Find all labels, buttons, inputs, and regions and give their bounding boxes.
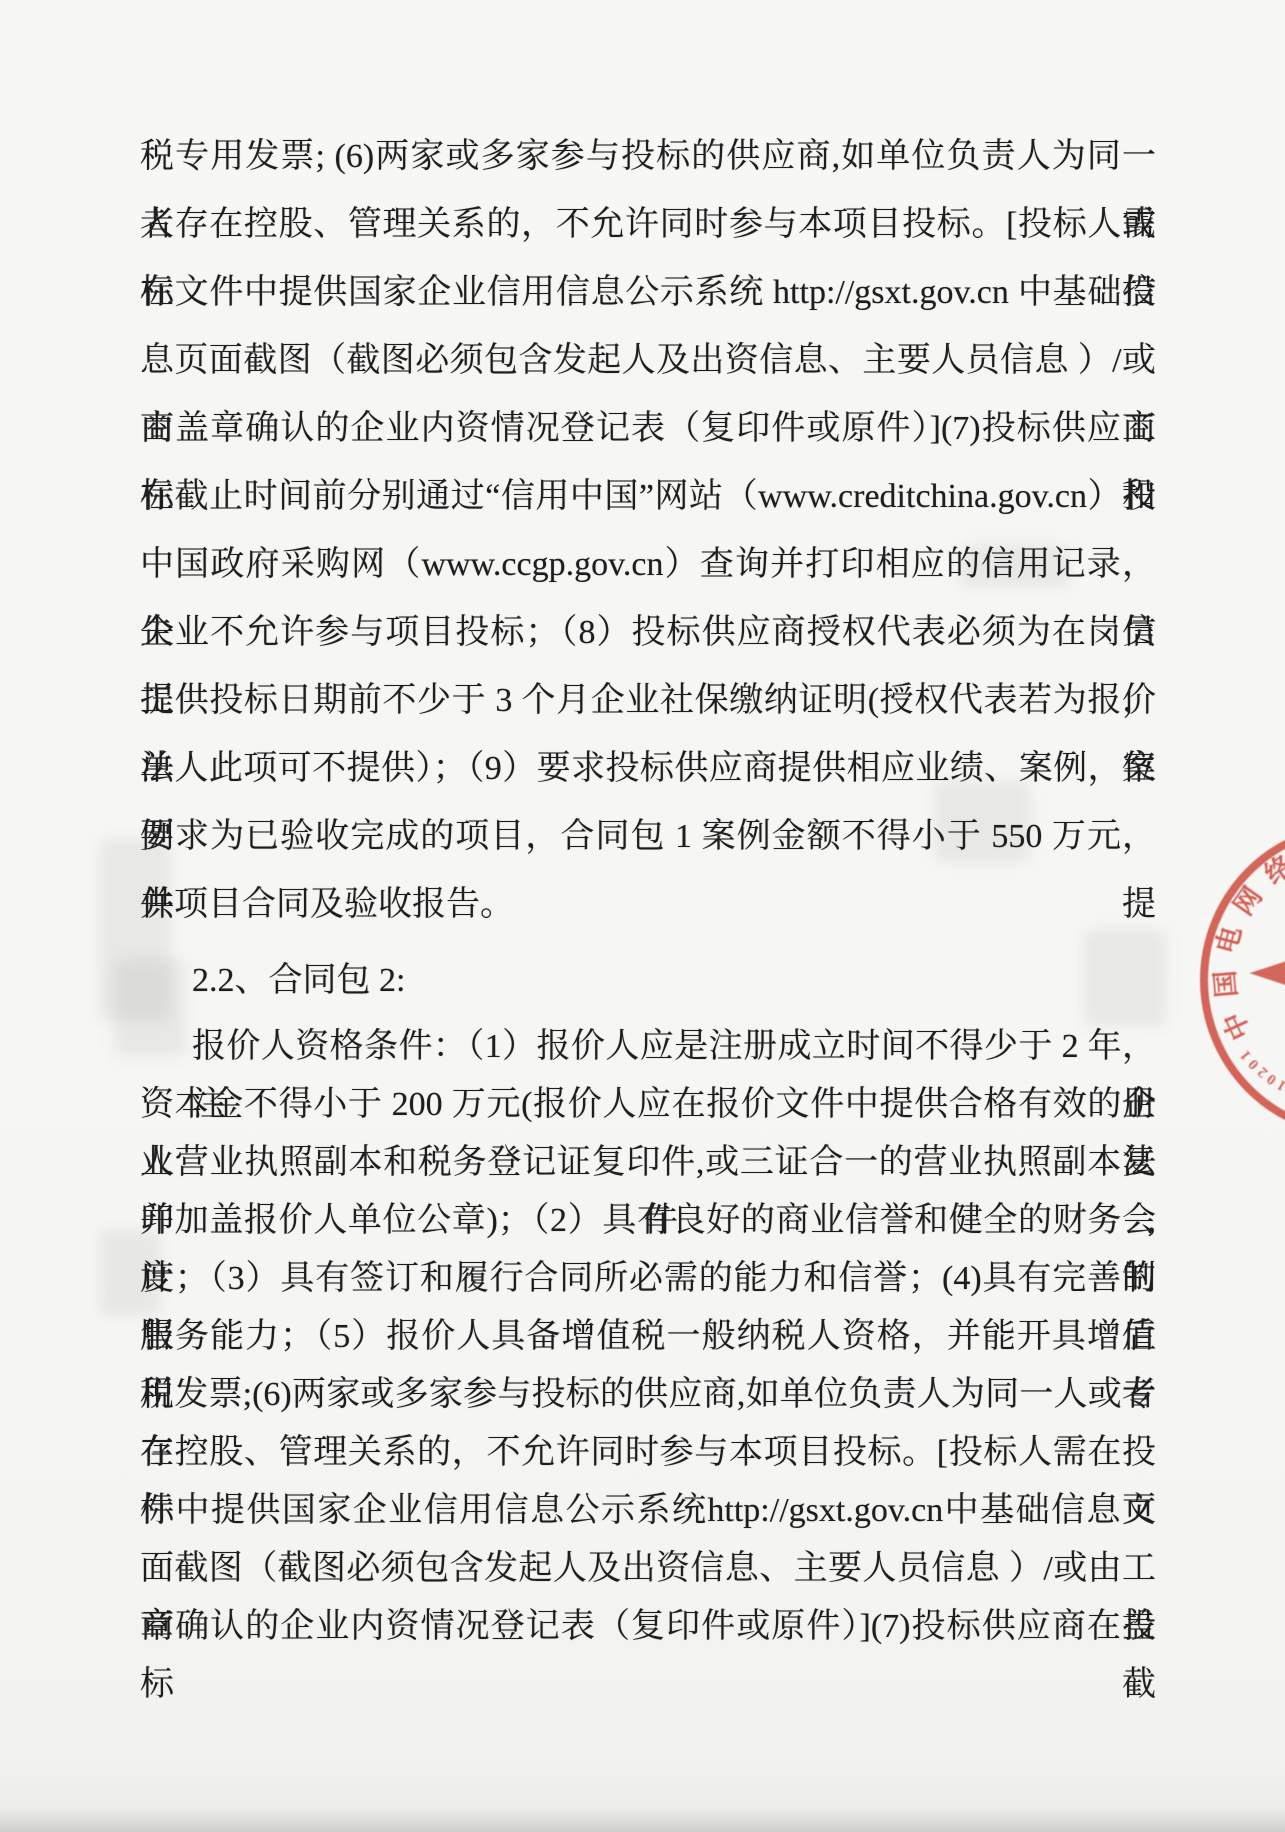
- paragraph-contract-package-2: 报价人资格条件：（1）报价人应是注册成立时间不得少于 2 年，注册 资本金不得小…: [140, 1018, 1156, 1656]
- text-line: 者存在控股、管理关系的，不允许同时参与本项目投标。[投标人需在投: [140, 191, 1156, 259]
- text-line: 要求为已验收完成的项目，合同包 1 案例金额不得小于 550 万元，并提: [140, 803, 1156, 871]
- text-line: 并加盖报价人单位公章)；（2）具有良好的商业信誉和健全的财务会计制: [140, 1192, 1156, 1250]
- text-line: 资本金不得小于 200 万元(报价人应在报价文件中提供合格有效的企业法: [140, 1076, 1156, 1134]
- text-line: 用发票;(6)两家或多家参与投标的供应商,如单位负责人为同一人或者存: [140, 1366, 1156, 1424]
- text-line: 面截图（截图必须包含发起人及出资信息、主要人员信息 ）/或由工商盖: [140, 1540, 1156, 1598]
- text-line: 标文件中提供国家企业信用信息公示系统 http://gsxt.gov.cn 中基…: [140, 259, 1156, 327]
- text-line: 法人此项可不提供）；（9）要求投标供应商提供相应业绩、案例，案例: [140, 735, 1156, 803]
- text-line: 税专用发票; (6)两家或多家参与投标的供应商,如单位负责人为同一人或: [140, 123, 1156, 191]
- paragraph-contract-package-1: 税专用发票; (6)两家或多家参与投标的供应商,如单位负责人为同一人或 者存在控…: [140, 123, 1156, 939]
- text-line: 标截止时间前分别通过“信用中国”网站（www.creditchina.gov.c…: [140, 463, 1156, 531]
- text-line: 报价人资格条件：（1）报价人应是注册成立时间不得少于 2 年，注册: [140, 1018, 1156, 1076]
- text-line: 度；（3）具有签订和履行合同所必需的能力和信誉；(4)具有完善的售后: [140, 1250, 1156, 1308]
- section-heading: 2.2、合同包 2:: [140, 943, 1208, 1018]
- company-seal: 中 国 电 网 络 集 1 0 2 0 1 0 0: [1150, 800, 1285, 1200]
- text-line: 企业不允许参与项目投标；（8）投标供应商授权代表必须为在岗员工，: [140, 599, 1156, 667]
- text-line: 在控股、管理关系的，不允许同时参与本项目投标。[投标人需在投标文: [140, 1424, 1156, 1482]
- text-line: 件中提供国家企业信用信息公示系统http://gsxt.gov.cn中基础信息页: [140, 1482, 1156, 1540]
- text-line: 人营业执照副本和税务登记证复印件,或三证合一的营业执照副本复印件,: [140, 1134, 1156, 1192]
- scanner-edge-band: [0, 1808, 1285, 1832]
- text-line: 章确认的企业内资情况登记表（复印件或原件）](7)投标供应商在投标截: [140, 1598, 1156, 1656]
- seal-arc-char: 国: [1210, 968, 1243, 1001]
- text-line: 提供投标日期前不少于 3 个月企业社保缴纳证明(授权代表若为报价单位: [140, 667, 1156, 735]
- text-line: 商盖章确认的企业内资情况登记表（复印件或原件）](7)投标供应商在投: [140, 395, 1156, 463]
- text-line: 中国政府采购网（www.ccgp.gov.cn）查询并打印相应的信用记录，失信: [140, 531, 1156, 599]
- text-line: 息页面截图（截图必须包含发起人及出资信息、主要人员信息 ）/或由工: [140, 327, 1156, 395]
- text-line: 服务能力；（5）报价人具备增值税一般纳税人资格，并能开具增值税专: [140, 1308, 1156, 1366]
- scanned-document-page: 税专用发票; (6)两家或多家参与投标的供应商,如单位负责人为同一人或 者存在控…: [0, 0, 1285, 1832]
